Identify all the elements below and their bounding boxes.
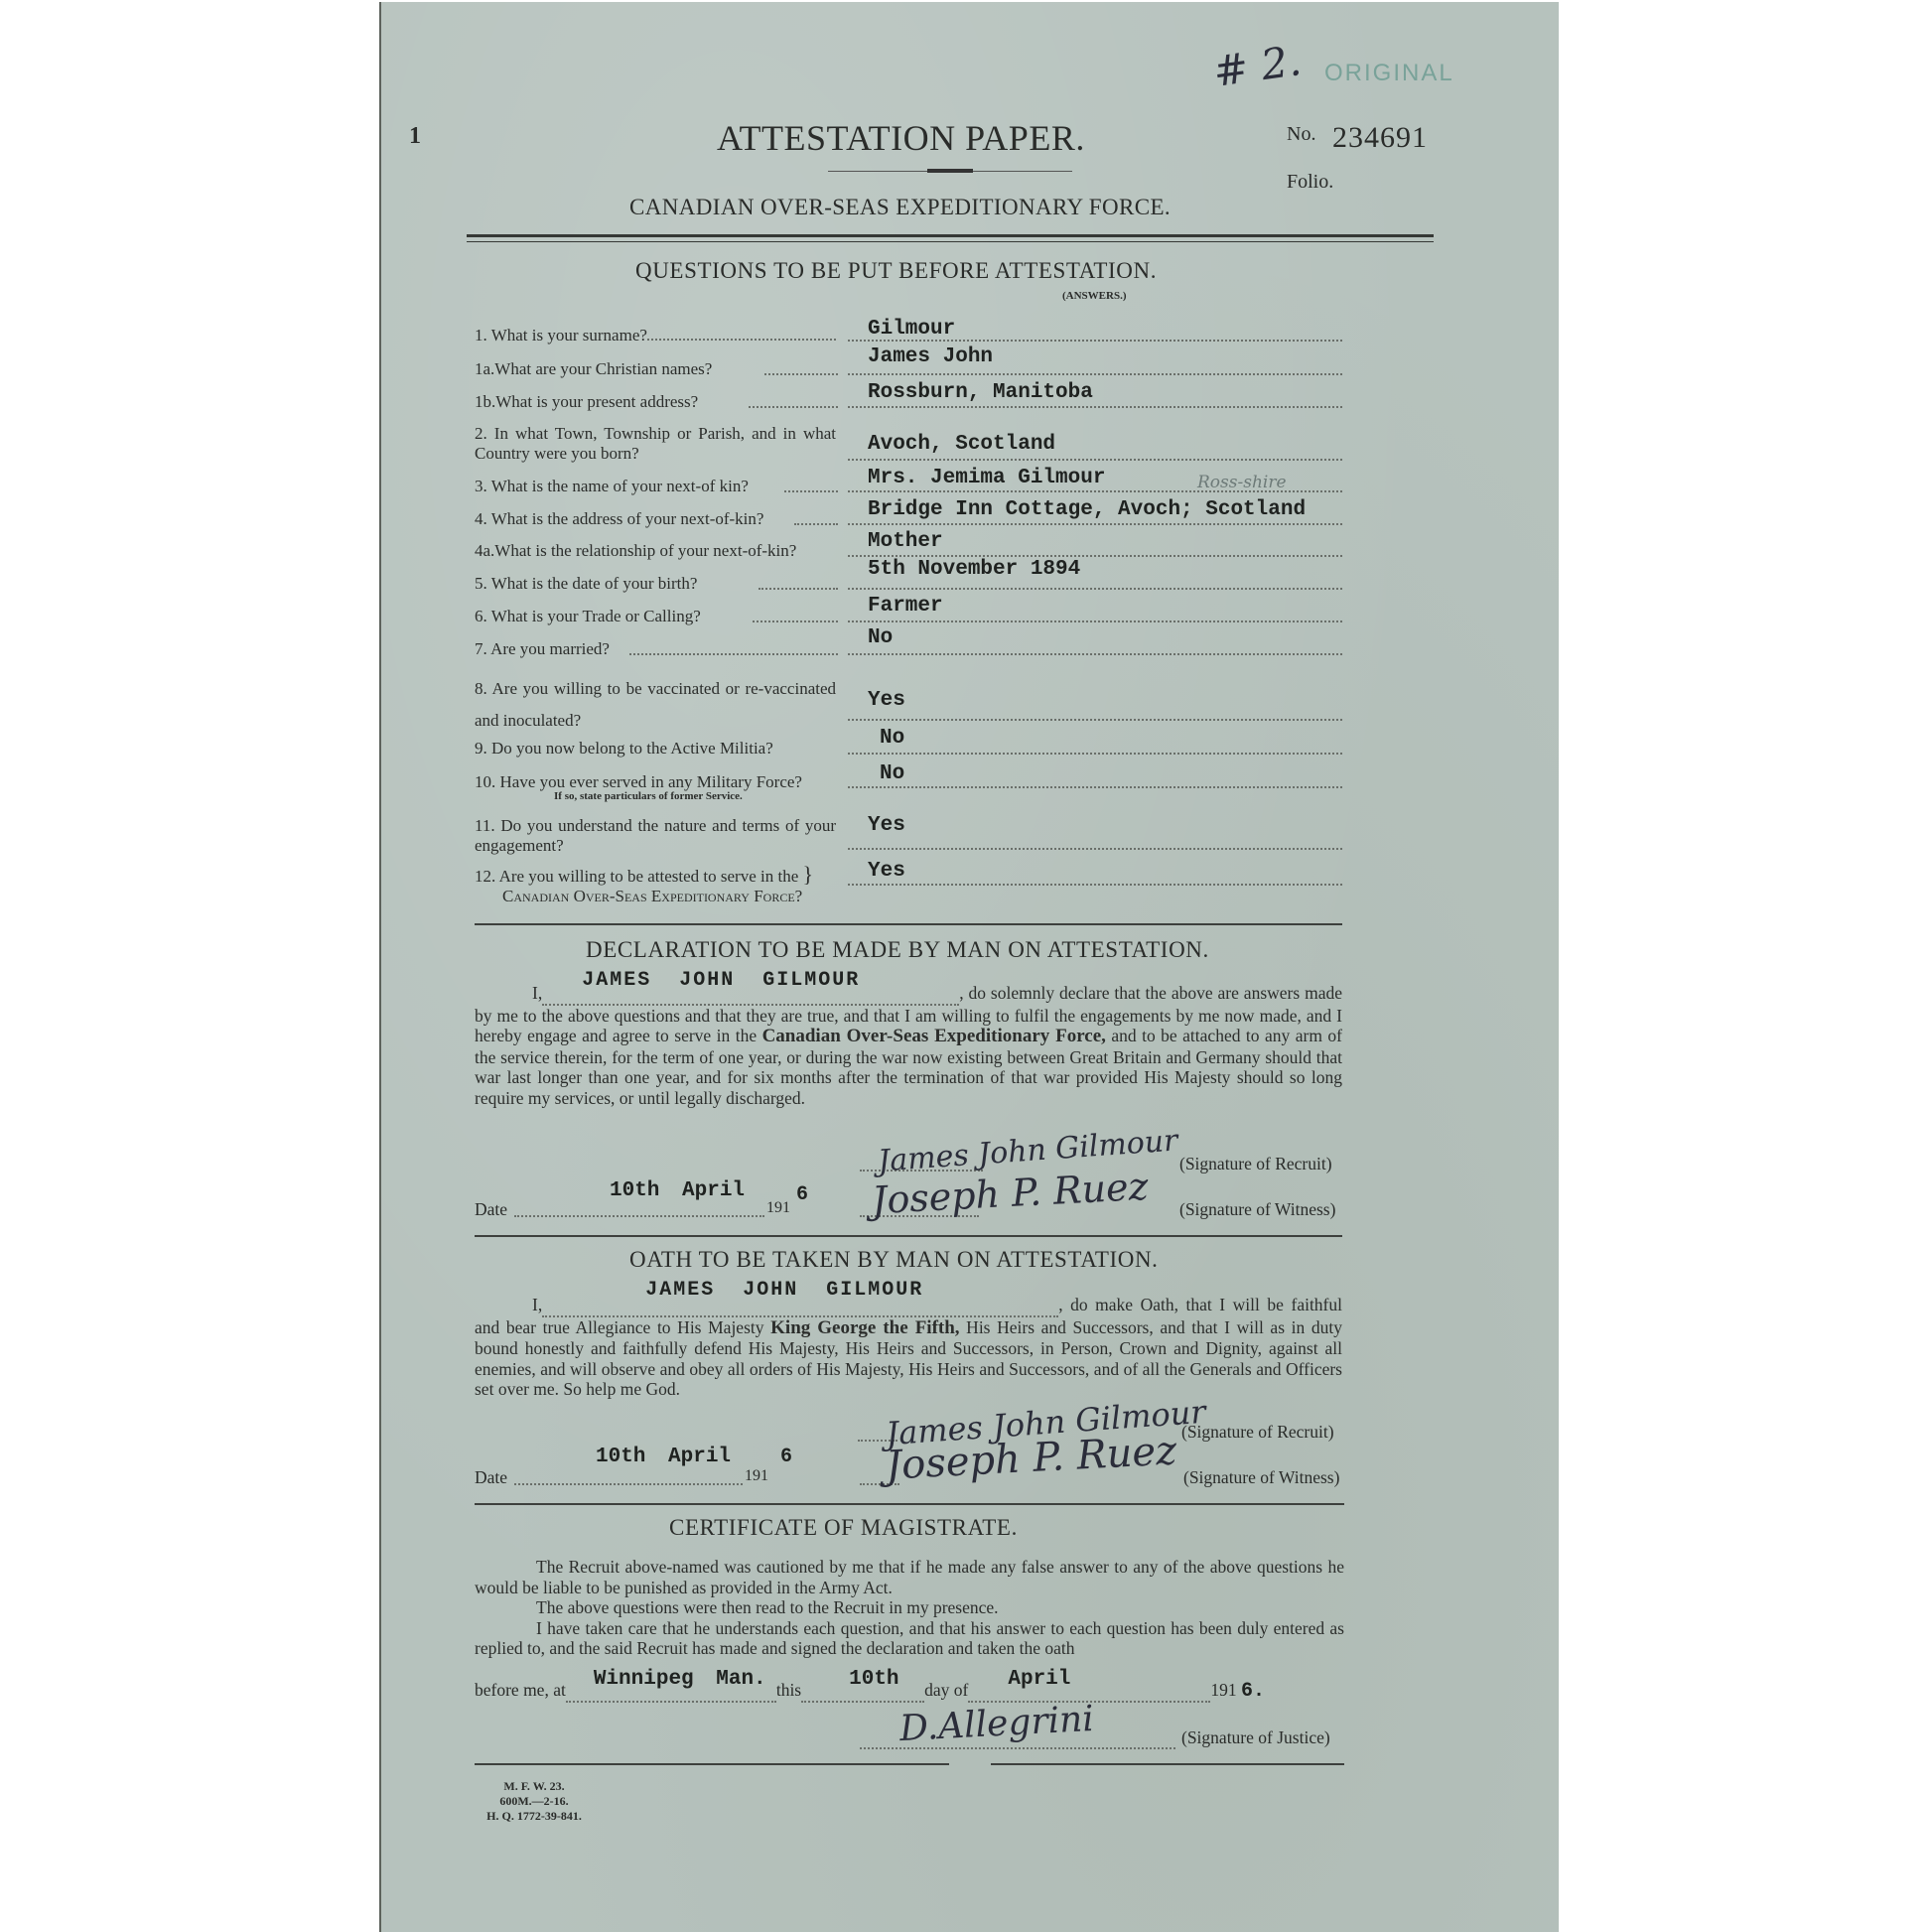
answer-line-4a xyxy=(848,555,1342,557)
question-2: 2. In what Town, Township or Parish, and… xyxy=(475,424,836,464)
declaration-year-suffix: 6 xyxy=(796,1183,808,1206)
declaration-recruit-label: (Signature of Recruit) xyxy=(1179,1154,1332,1174)
section-divider xyxy=(475,1235,1342,1237)
handwritten-mark: # 2. xyxy=(1210,36,1305,96)
question-leader xyxy=(794,523,838,525)
question-leader xyxy=(749,406,838,408)
declaration-date-line xyxy=(514,1215,764,1217)
question-1: 1. What is your surname? xyxy=(475,326,838,345)
question-7: 7. Are you married? xyxy=(475,639,838,659)
answer-christian-names: James John xyxy=(868,345,993,368)
annotation-ross-shire: Ross-shire xyxy=(1197,473,1287,492)
answer-next-of-kin-address: Bridge Inn Cottage, Avoch; Scotland xyxy=(868,498,1306,521)
declaration-text: I,JAMES JOHN GILMOUR , do solemnly decla… xyxy=(475,983,1342,1108)
oath-heading: OATH TO BE TAKEN BY MAN ON ATTESTATION. xyxy=(629,1247,1159,1273)
question-1a: 1a.What are your Christian names? xyxy=(475,359,838,379)
form-code: M. F. W. 23. 600M.—2-16. H. Q. 1772-39-8… xyxy=(475,1779,594,1824)
question-9: 9. Do you now belong to the Active Milit… xyxy=(475,739,838,759)
answer-surname: Gilmour xyxy=(868,318,955,341)
section-divider xyxy=(475,1503,1344,1505)
question-10-note: If so, state particulars of former Servi… xyxy=(554,790,743,802)
answer-line-6 xyxy=(848,621,1342,622)
answer-line-8 xyxy=(848,719,1342,721)
answer-present-address: Rossburn, Manitoba xyxy=(868,381,1093,404)
oath-text: I,JAMES JOHN GILMOUR , do make Oath, tha… xyxy=(475,1295,1342,1400)
answer-military-service: No xyxy=(880,762,904,785)
oath-year-prefix: 191 xyxy=(745,1467,768,1485)
answer-willing-to-serve: Yes xyxy=(868,860,905,883)
section-divider xyxy=(475,923,1342,925)
answer-line-11 xyxy=(848,848,1342,850)
certificate-paragraph-2: The above questions were then read to th… xyxy=(475,1597,1344,1618)
question-5: 5. What is the date of your birth? xyxy=(475,574,838,594)
answer-date-of-birth: 5th November 1894 xyxy=(868,558,1080,581)
answer-line-1a xyxy=(848,373,1342,375)
answer-understand-terms: Yes xyxy=(868,814,905,837)
answer-line-1b xyxy=(848,406,1342,408)
original-stamp: ORIGINAL xyxy=(1324,60,1454,87)
oath-recruit-name: JAMES JOHN GILMOUR xyxy=(645,1281,923,1302)
question-4a: 4a.What is the relationship of your next… xyxy=(475,541,852,561)
oath-year-suffix: 6 xyxy=(780,1446,792,1468)
justice-signature-label: (Signature of Justice) xyxy=(1181,1727,1330,1748)
declaration-witness-label: (Signature of Witness) xyxy=(1179,1199,1335,1220)
answer-married: No xyxy=(868,626,893,649)
answer-line-4 xyxy=(848,523,1342,525)
question-leader xyxy=(753,621,838,622)
footer-rule-right xyxy=(991,1763,1344,1765)
number-label: No. xyxy=(1287,123,1315,146)
answer-active-militia: No xyxy=(880,727,904,750)
question-3: 3. What is the name of your next-of kin? xyxy=(475,477,838,496)
answer-line-9 xyxy=(848,753,1342,755)
certificate-year-suffix: 6. xyxy=(1241,1680,1265,1703)
document-title: ATTESTATION PAPER. xyxy=(717,117,1085,159)
answer-line-7 xyxy=(848,653,1342,655)
question-4: 4. What is the address of your next-of-k… xyxy=(475,509,838,529)
certificate-place: Winnipeg Man. xyxy=(594,1668,766,1691)
question-leader xyxy=(784,490,838,492)
answer-trade: Farmer xyxy=(868,595,943,618)
oath-date-line xyxy=(514,1483,743,1485)
declaration-date-label: Date xyxy=(475,1199,507,1220)
title-ornament-center xyxy=(927,169,973,173)
question-10: 10. Have you ever served in any Military… xyxy=(475,772,852,792)
attestation-paper-sheet: 1 # 2. ORIGINAL ATTESTATION PAPER. No. 2… xyxy=(379,2,1559,1932)
questions-heading: QUESTIONS TO BE PUT BEFORE ATTESTATION. xyxy=(635,258,1157,284)
answer-line-10 xyxy=(848,786,1342,788)
answer-line-5 xyxy=(848,588,1342,590)
question-6: 6. What is your Trade or Calling? xyxy=(475,607,838,626)
question-leader xyxy=(764,373,838,375)
certificate-paragraph-1: The Recruit above-named was cautioned by… xyxy=(475,1557,1344,1597)
declaration-date-value: 10th April xyxy=(610,1179,745,1202)
oath-witness-label: (Signature of Witness) xyxy=(1183,1467,1339,1488)
certificate-day: 10th xyxy=(849,1668,898,1691)
answer-next-of-kin-name: Mrs. Jemima Gilmour xyxy=(868,467,1105,489)
question-12: 12. Are you willing to be attested to se… xyxy=(475,865,852,906)
declaration-heading: DECLARATION TO BE MADE BY MAN ON ATTESTA… xyxy=(586,937,1209,963)
folio-label: Folio. xyxy=(1287,171,1333,194)
page-marker: 1 xyxy=(409,123,421,150)
certificate-text: The Recruit above-named was cautioned by… xyxy=(475,1557,1344,1659)
oath-recruit-label: (Signature of Recruit) xyxy=(1181,1422,1334,1443)
certificate-attestation-line: before me, atWinnipeg Man. this10th day … xyxy=(475,1680,1265,1703)
answer-relationship: Mother xyxy=(868,530,943,553)
question-11: 11. Do you understand the nature and ter… xyxy=(475,816,836,856)
question-1b: 1b.What is your present address? xyxy=(475,392,838,412)
oath-date-value: 10th April xyxy=(596,1446,731,1468)
answer-line-2 xyxy=(848,459,1342,461)
question-leader xyxy=(629,653,838,655)
justice-signature: D.Allegrini xyxy=(898,1699,1095,1749)
header-double-rule xyxy=(467,234,1434,242)
certificate-paragraph-3: I have taken care that he understands ea… xyxy=(475,1618,1344,1659)
answer-birthplace: Avoch, Scotland xyxy=(868,433,1055,456)
serial-number: 234691 xyxy=(1332,121,1428,155)
document-subtitle: CANADIAN OVER-SEAS EXPEDITIONARY FORCE. xyxy=(629,195,1171,220)
declaration-recruit-name: JAMES JOHN GILMOUR xyxy=(582,971,860,992)
answer-vaccinated: Yes xyxy=(868,689,905,712)
oath-date-label: Date xyxy=(475,1467,507,1488)
answers-label: (ANSWERS.) xyxy=(1062,290,1126,302)
footer-rule-left xyxy=(475,1763,949,1765)
declaration-year-prefix: 191 xyxy=(766,1199,790,1217)
certificate-heading: CERTIFICATE OF MAGISTRATE. xyxy=(669,1515,1018,1541)
question-leader xyxy=(759,588,838,590)
certificate-month: April xyxy=(1008,1668,1070,1691)
answer-line-12 xyxy=(848,884,1342,886)
question-8: 8. Are you willing to be vaccinated or r… xyxy=(475,673,836,737)
